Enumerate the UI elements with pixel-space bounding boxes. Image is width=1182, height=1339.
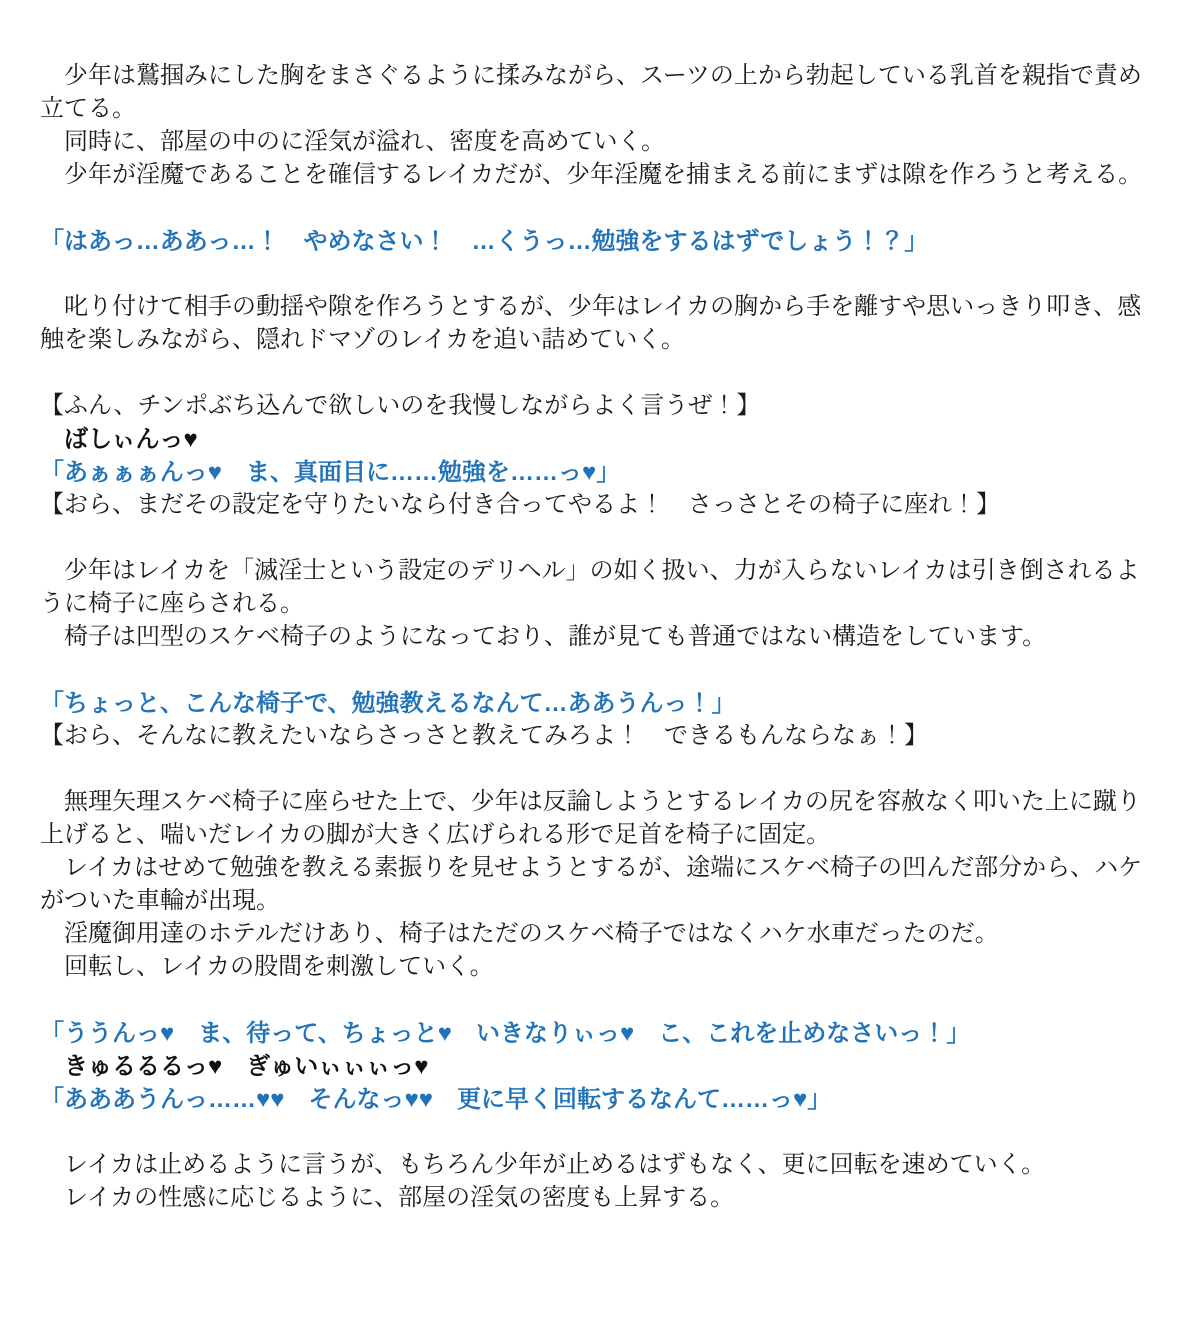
paragraph-block: 少年は鷲掴みにした胸をまさぐるように揉みながら、スーツの上から勃起している乳首を… xyxy=(40,60,1144,192)
paragraph-block: 「ううんっ♥ ま、待って、ちょっと♥ いきなりぃっ♥ こ、これを止めなさいっ！」… xyxy=(40,1017,1144,1116)
paragraph-block: 「ちょっと、こんな椅子で、勉強教えるなんて…ああうんっ！」【おら、そんなに教えた… xyxy=(40,687,1144,753)
narration-line: 同時に、部屋の中のに淫気が溢れ、密度を高めていく。 xyxy=(40,126,1144,159)
narration-line: レイカの性感に応じるように、部屋の淫気の密度も上昇する。 xyxy=(40,1182,1144,1215)
document-body: 少年は鷲掴みにした胸をまさぐるように揉みながら、スーツの上から勃起している乳首を… xyxy=(40,60,1144,1215)
paragraph-block: 無理矢理スケベ椅子に座らせた上で、少年は反論しようとするレイカの尻を容赦なく叩い… xyxy=(40,786,1144,984)
paragraph-block: 少年はレイカを「滅淫士という設定のデリヘル」の如く扱い、力が入らないレイカは引き… xyxy=(40,555,1144,654)
paragraph-block: 【ふん、チンポぶち込んで欲しいのを我慢しながらよく言うぜ！】 ばしぃんっ♥「あぁ… xyxy=(40,390,1144,522)
dialogue-line: 「はあっ…ああっ…！ やめなさい！ …くうっ…勉強をするはずでしょう！？」 xyxy=(40,225,1144,258)
narration-line: 無理矢理スケベ椅子に座らせた上で、少年は反論しようとするレイカの尻を容赦なく叩い… xyxy=(40,786,1144,852)
speech-line: 【おら、そんなに教えたいならさっさと教えてみろよ！ できるもんならなぁ！】 xyxy=(40,720,1144,753)
narration-line: 叱り付けて相手の動揺や隙を作ろうとするが、少年はレイカの胸から手を離すや思いっき… xyxy=(40,291,1144,357)
dialogue-line: 「あああうんっ……♥♥ そんなっ♥♥ 更に早く回転するなんて……っ♥」 xyxy=(40,1083,1144,1116)
story-page: 少年は鷲掴みにした胸をまさぐるように揉みながら、スーツの上から勃起している乳首を… xyxy=(0,0,1182,1295)
sfx-line: ばしぃんっ♥ xyxy=(40,423,1144,456)
paragraph-block: 「はあっ…ああっ…！ やめなさい！ …くうっ…勉強をするはずでしょう！？」 xyxy=(40,225,1144,258)
narration-line: 椅子は凹型のスケベ椅子のようになっており、誰が見ても普通ではない構造をしています… xyxy=(40,621,1144,654)
narration-line: 淫魔御用達のホテルだけあり、椅子はただのスケベ椅子ではなくハケ水車だったのだ。 xyxy=(40,918,1144,951)
narration-line: 少年はレイカを「滅淫士という設定のデリヘル」の如く扱い、力が入らないレイカは引き… xyxy=(40,555,1144,621)
speech-line: 【おら、まだその設定を守りたいなら付き合ってやるよ！ さっさとその椅子に座れ！】 xyxy=(40,489,1144,522)
dialogue-line: 「あぁぁぁんっ♥ ま、真面目に……勉強を……っ♥」 xyxy=(40,456,1144,489)
dialogue-line: 「ううんっ♥ ま、待って、ちょっと♥ いきなりぃっ♥ こ、これを止めなさいっ！」 xyxy=(40,1017,1144,1050)
narration-line: レイカはせめて勉強を教える素振りを見せようとするが、途端にスケベ椅子の凹んだ部分… xyxy=(40,852,1144,918)
sfx-line: きゅるるるっ♥ ぎゅいぃぃぃっ♥ xyxy=(40,1050,1144,1083)
narration-line: レイカは止めるように言うが、もちろん少年が止めるはずもなく、更に回転を速めていく… xyxy=(40,1149,1144,1182)
paragraph-block: レイカは止めるように言うが、もちろん少年が止めるはずもなく、更に回転を速めていく… xyxy=(40,1149,1144,1215)
speech-line: 【ふん、チンポぶち込んで欲しいのを我慢しながらよく言うぜ！】 xyxy=(40,390,1144,423)
narration-line: 少年が淫魔であることを確信するレイカだが、少年淫魔を捕まえる前にまずは隙を作ろう… xyxy=(40,159,1144,192)
paragraph-block: 叱り付けて相手の動揺や隙を作ろうとするが、少年はレイカの胸から手を離すや思いっき… xyxy=(40,291,1144,357)
dialogue-line: 「ちょっと、こんな椅子で、勉強教えるなんて…ああうんっ！」 xyxy=(40,687,1144,720)
narration-line: 回転し、レイカの股間を刺激していく。 xyxy=(40,951,1144,984)
narration-line: 少年は鷲掴みにした胸をまさぐるように揉みながら、スーツの上から勃起している乳首を… xyxy=(40,60,1144,126)
